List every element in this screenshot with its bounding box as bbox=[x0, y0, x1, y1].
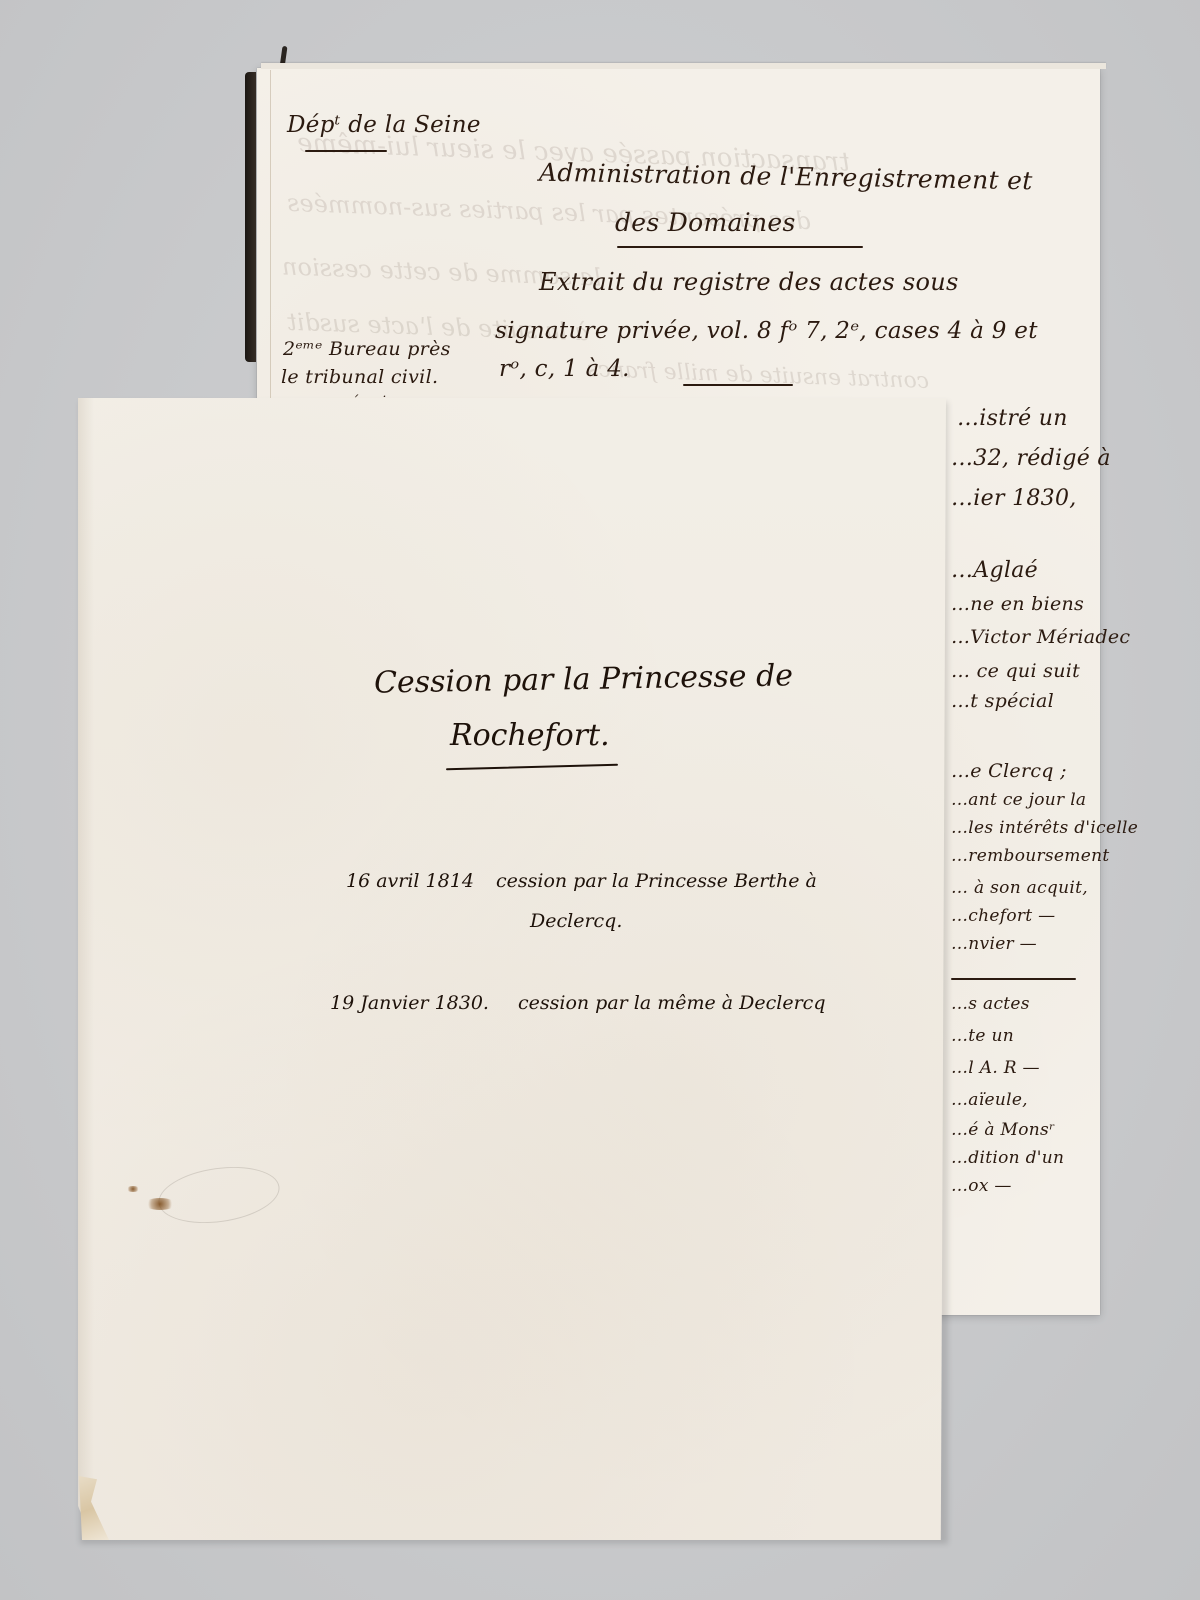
fragment: …t spécial bbox=[951, 690, 1054, 712]
cover-page: Cession par la Princesse de Rochefort. 1… bbox=[78, 398, 946, 1540]
fragment: …chefort — bbox=[951, 906, 1055, 926]
extract-subtitle-line3: rᵒ, c, 1 à 4. bbox=[499, 356, 630, 382]
fragment: …nvier — bbox=[951, 934, 1037, 954]
entry1-text: cession par la Princesse Berthe à bbox=[496, 870, 817, 892]
administration-title: Administration de l'Enregistrement et bbox=[539, 158, 1033, 196]
fragment: …s actes bbox=[951, 994, 1030, 1014]
ring-stain bbox=[155, 1160, 283, 1230]
title-underline bbox=[617, 246, 863, 248]
margin-office-line1: 2ᵉᵐᵉ Bureau près bbox=[283, 338, 451, 360]
underline bbox=[305, 150, 387, 152]
entry2-date: 19 Janvier 1830. bbox=[330, 992, 489, 1014]
ink-stain bbox=[144, 1198, 176, 1210]
fragment: … à son acquit, bbox=[951, 878, 1088, 898]
fragment: …te un bbox=[951, 1026, 1014, 1046]
fragment: …ier 1830, bbox=[951, 486, 1077, 511]
cover-title-underline bbox=[446, 764, 618, 771]
fragment: …aïeule, bbox=[951, 1090, 1028, 1110]
fragment: …e Clercq ; bbox=[951, 760, 1067, 782]
fragment: …32, rédigé à bbox=[951, 446, 1111, 471]
extract-subtitle-line1: Extrait du registre des actes sous bbox=[539, 268, 959, 296]
fragment: … ce qui suit bbox=[951, 660, 1080, 682]
fragment: …l A. R — bbox=[951, 1058, 1040, 1078]
department-label: Dépᵗ de la Seine bbox=[287, 112, 481, 138]
entry1-date: 16 avril 1814 bbox=[346, 870, 474, 892]
fragment: …ne en biens bbox=[951, 593, 1084, 615]
binding-strip bbox=[245, 72, 256, 362]
fragment: …remboursement bbox=[951, 846, 1109, 866]
domaines-title: des Domaines bbox=[615, 208, 796, 237]
fragment: …les intérêts d'icelle bbox=[951, 818, 1138, 838]
stacked-sheet-edge bbox=[261, 63, 1106, 69]
fragment: …ant ce jour la bbox=[951, 790, 1086, 810]
separator-rule bbox=[951, 978, 1076, 980]
page-fold-line bbox=[262, 70, 271, 400]
fragment: …ox — bbox=[951, 1176, 1012, 1196]
section-rule bbox=[683, 384, 793, 386]
ink-speck bbox=[126, 1186, 140, 1192]
cover-spine-fold bbox=[78, 398, 94, 1540]
entry1-recipient: Declercq. bbox=[530, 910, 622, 932]
entry2-text: cession par la même à Declercq bbox=[518, 992, 826, 1014]
margin-office-line2: le tribunal civil. bbox=[281, 366, 438, 388]
fragment: …Victor Mériadec bbox=[951, 626, 1130, 648]
extract-subtitle-line2: signature privée, vol. 8 fᵒ 7, 2ᵉ, cases… bbox=[495, 318, 1038, 344]
fragment: …dition d'un bbox=[951, 1148, 1064, 1168]
cover-title-line1: Cession par la Princesse de bbox=[374, 658, 794, 700]
fragment: …Aglaé bbox=[951, 558, 1038, 583]
cover-title-line2: Rochefort. bbox=[450, 718, 610, 753]
fragment: …istré un bbox=[957, 406, 1068, 431]
fragment: …é à Monsʳ bbox=[951, 1120, 1055, 1140]
bleed-through-text: contrat ensuite de mille francs bbox=[587, 357, 930, 394]
